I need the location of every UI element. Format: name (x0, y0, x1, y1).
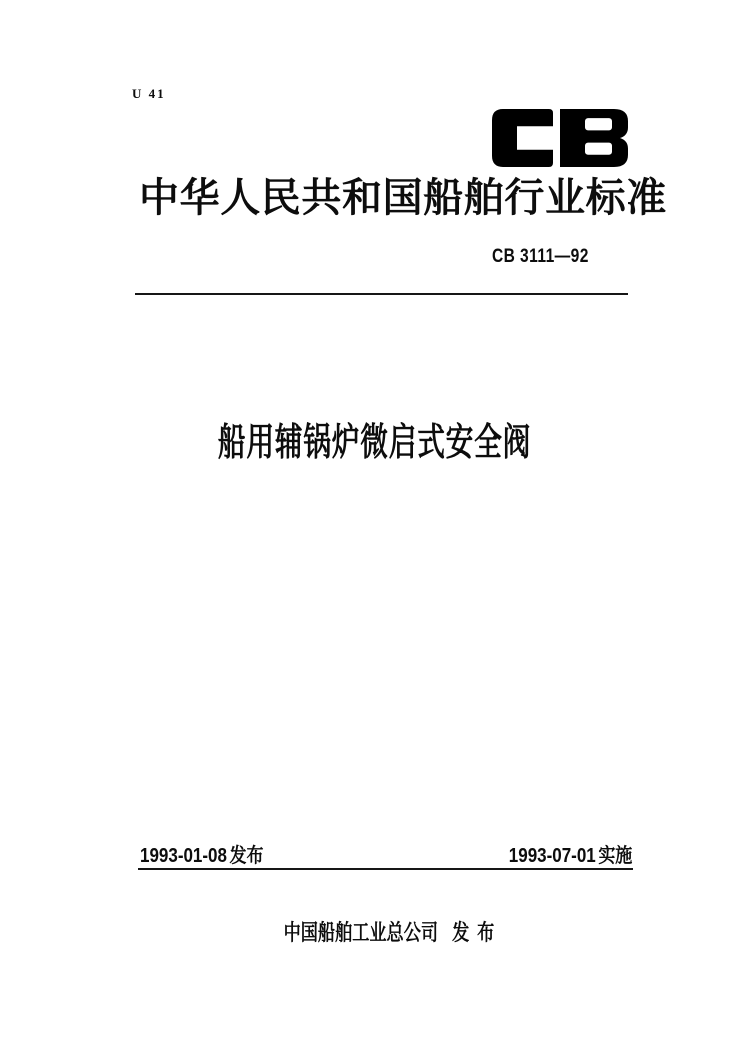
footer-rule (138, 868, 633, 870)
issue-date-value: 1993-01-08 (140, 845, 227, 867)
document-title: 船用辅锅炉微启式安全阀 (0, 424, 750, 462)
document-title-text: 船用辅锅炉微启式安全阀 (218, 424, 531, 462)
dates-row: 1993-01-08发布 1993-07-01实施 (140, 846, 632, 866)
issue-date: 1993-01-08发布 (140, 846, 264, 866)
implementation-date-value: 1993-07-01 (508, 845, 595, 867)
classification-code: U 41 (132, 86, 166, 102)
implementation-date-label: 实施 (598, 845, 632, 867)
standard-cover-page: U 41 中华人民共和国船舶行业标准 CB 3111—92 船用辅锅炉微启式安全… (0, 0, 750, 1060)
publisher-action-label: 发 布 (452, 920, 496, 945)
publisher-text: 中国船舶工业总公司发 布 (255, 900, 496, 966)
header-rule (135, 293, 628, 295)
standard-title: 中华人民共和国船舶行业标准 (139, 178, 667, 218)
cb-logo-icon (492, 109, 628, 167)
standard-number: CB 3111—92 (492, 246, 589, 268)
issue-date-label: 发布 (230, 845, 264, 867)
implementation-date: 1993-07-01实施 (508, 846, 632, 866)
publisher-line: 中国船舶工业总公司发 布 (0, 900, 750, 967)
publisher-name: 中国船舶工业总公司 (283, 920, 437, 945)
